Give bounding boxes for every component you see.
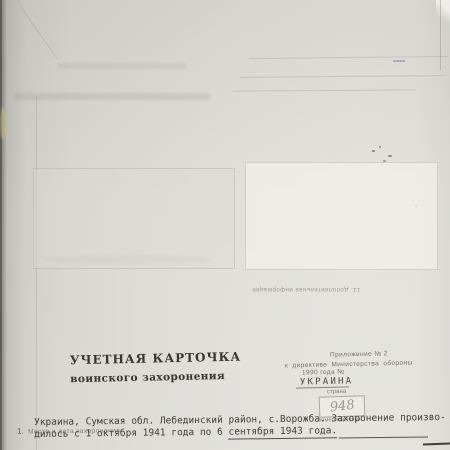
annex-reference-line: 1990 года № [302,369,345,377]
field1-typed-line2-underlined: сентября 1943 года. [228,425,337,439]
ink-speck [388,155,392,157]
field1-number: 1. [17,427,24,436]
top-right-corner-highlight [436,0,450,26]
crease-line [240,75,445,78]
crease-line [250,56,448,59]
crease-line [233,89,416,91]
pen-mark [393,60,405,62]
ink-bleed-smudge [14,93,210,100]
field1-typed-line2-prefix: дилось с 1 октября 1941 года по 6 [34,426,229,439]
reverse-side-caption: 11. Дополнительная информация [252,286,360,292]
scanned-burial-registration-card: 11. Дополнительная информация УЧЕТНАЯ КА… [0,0,450,450]
card-title: УЧЕТНАЯ КАРТОЧКА [70,351,192,368]
photo-area-right [245,162,438,270]
crease-line [17,2,58,60]
ink-bleed-smudge [58,63,186,69]
ruled-line [339,436,428,438]
country-field-label: страна [327,389,346,395]
left-edge-shadow [0,0,2,450]
card-subtitle: воинского захоронения [70,371,192,386]
crease-line [440,0,441,70]
paper-stain [0,106,7,140]
ink-speck [372,150,375,152]
annex-reference-line: Приложение № 2 [330,350,388,358]
photo-area-left [33,168,235,269]
annex-reference-line: к директиве Министерства обороны [285,360,413,370]
ink-speck [379,146,381,148]
ruled-line [423,443,450,446]
vertical-fold-line [36,96,37,450]
card-heading: УЧЕТНАЯ КАРТОЧКА воинского захоронения [70,351,193,386]
